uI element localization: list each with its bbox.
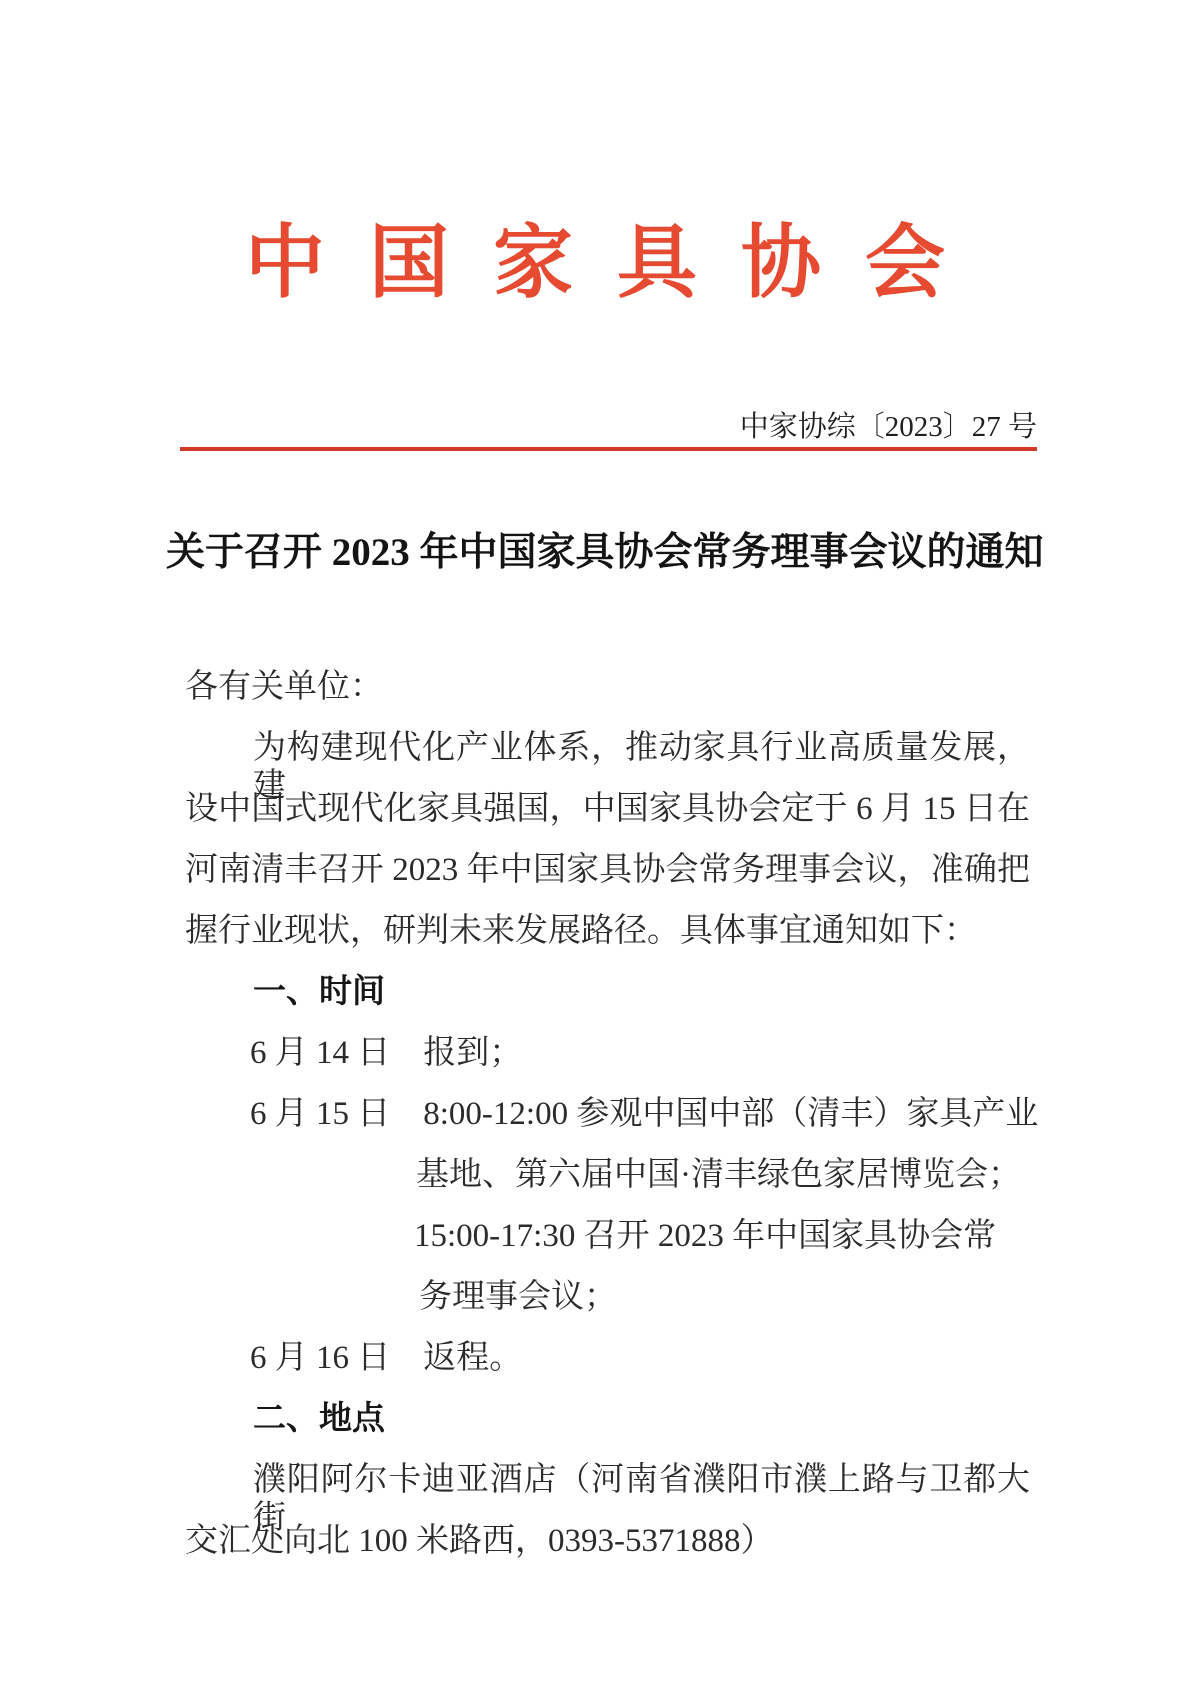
schedule-line-june-15: 6 月 15 日 8:00-12:00 参观中国中部（清丰）家具产业	[250, 1096, 1038, 1134]
doc-number: 中家协综〔2023〕27 号	[740, 412, 1037, 444]
schedule-line-june-15-cont-3: 务理事会议；	[419, 1279, 617, 1317]
schedule-line-june-16: 6 月 16 日 返程。	[250, 1340, 522, 1378]
section-2-heading: 二、地点	[253, 1401, 385, 1439]
red-divider-line	[180, 447, 1037, 451]
body-line-salutation: 各有关单位：	[185, 669, 383, 707]
document-page: 中国家具协会 中家协综〔2023〕27 号 关于召开 2023 年中国家具协会常…	[0, 0, 1190, 1682]
notice-title: 关于召开 2023 年中国家具协会常务理事会议的通知	[166, 531, 1023, 576]
body-line-paragraph-3: 河南清丰召开 2023 年中国家具协会常务理事会议，准确把	[185, 852, 1030, 890]
location-line-2: 交汇处向北 100 米路西，0393-5371888）	[185, 1523, 774, 1561]
section-1-heading: 一、时间	[253, 974, 385, 1012]
schedule-line-june-15-cont-2: 15:00-17:30 召开 2023 年中国家具协会常	[414, 1218, 996, 1256]
schedule-line-june-15-cont-1: 基地、第六届中国·清丰绿色家居博览会；	[416, 1157, 1021, 1195]
schedule-line-june-14: 6 月 14 日 报到；	[250, 1035, 522, 1073]
body-line-paragraph-4: 握行业现状，研判未来发展路径。具体事宜通知如下：	[185, 913, 977, 951]
body-line-paragraph-2: 设中国式现代化家具强国，中国家具协会定于 6 月 15 日在	[185, 791, 1030, 829]
org-title: 中国家具协会	[0, 222, 1190, 306]
